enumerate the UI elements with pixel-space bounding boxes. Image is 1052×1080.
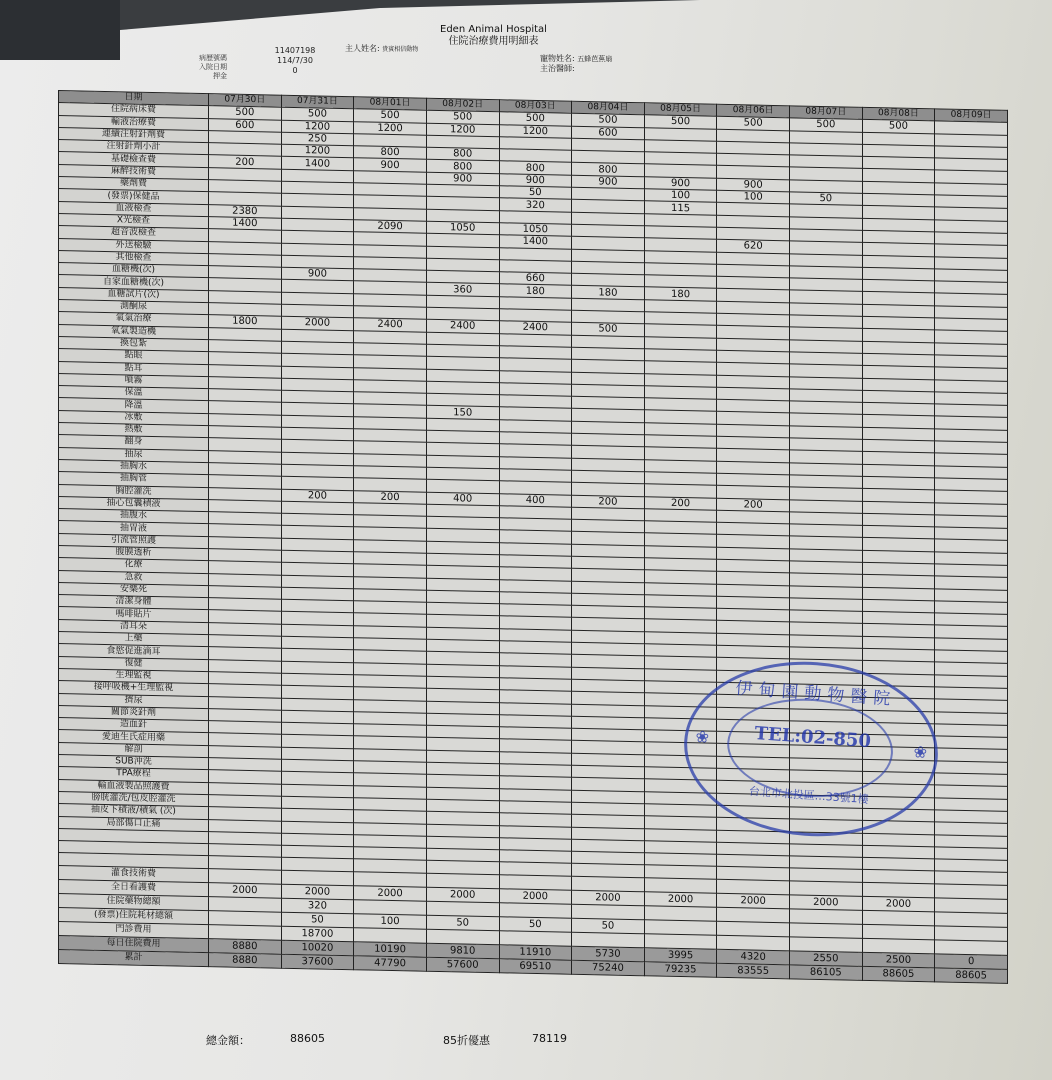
table-cell: [862, 924, 935, 940]
table-cell: [935, 940, 1008, 956]
table-cell: 2000: [499, 888, 572, 904]
discount-value: 78119: [532, 1032, 567, 1045]
discount-label: 85折優惠: [443, 1032, 490, 1048]
table-cell: 50: [499, 916, 572, 932]
table-cell: 2000: [790, 895, 863, 911]
table-cell: [935, 912, 1008, 928]
table-cell: 8880: [209, 952, 282, 968]
total-value: 88605: [290, 1032, 325, 1045]
background-surface: [0, 0, 120, 60]
table-cell: [426, 929, 499, 945]
table-cell: [354, 871, 427, 887]
table-cell: 2000: [717, 893, 790, 909]
row-label: 累計: [59, 949, 209, 966]
table-cell: 57600: [426, 957, 499, 973]
meta-labels: 病歷號碼 入院日期 押金: [175, 54, 227, 81]
table-cell: [426, 901, 499, 917]
table-cell: [644, 905, 717, 921]
table-cell: [790, 923, 863, 939]
table-cell: [935, 898, 1008, 914]
table-cell: 47790: [354, 955, 427, 971]
table-cell: [499, 874, 572, 890]
meta-values: 11407198 114/7/30 0: [265, 46, 325, 76]
table-cell: 2550: [790, 951, 863, 967]
table-cell: [499, 902, 572, 918]
table-cell: 2000: [426, 887, 499, 903]
table-cell: [209, 910, 282, 926]
table-cell: 2000: [862, 896, 935, 912]
table-cell: 2000: [281, 884, 354, 900]
table-cell: 0: [935, 954, 1008, 970]
table-cell: 2500: [862, 952, 935, 968]
table-cell: 10190: [354, 941, 427, 957]
table-cell: 50: [426, 915, 499, 931]
table-cell: 4320: [717, 949, 790, 965]
table-cell: [572, 876, 645, 892]
table-cell: [717, 907, 790, 923]
table-cell: 18700: [281, 926, 354, 942]
table-cell: [862, 882, 935, 898]
table-cell: [209, 868, 282, 884]
table-cell: [644, 933, 717, 949]
table-cell: 100: [354, 913, 427, 929]
table-cell: [354, 899, 427, 915]
total-label: 總金額：: [206, 1032, 250, 1048]
table-cell: 2000: [209, 882, 282, 898]
flower-icon: ❀: [913, 742, 928, 762]
record-no: 11407198: [265, 46, 325, 56]
table-cell: 320: [281, 898, 354, 914]
table-cell: [209, 924, 282, 940]
table-cell: [790, 937, 863, 953]
table-cell: [209, 896, 282, 912]
table-cell: 2000: [644, 891, 717, 907]
table-cell: 37600: [281, 954, 354, 970]
table-cell: [935, 884, 1008, 900]
table-cell: 83555: [717, 963, 790, 979]
table-cell: [644, 919, 717, 935]
table-cell: [862, 938, 935, 954]
admit-date-label: 入院日期: [175, 63, 227, 72]
table-cell: [717, 921, 790, 937]
flower-icon: ❀: [695, 727, 710, 747]
table-cell: [499, 930, 572, 946]
table-cell: 79235: [644, 961, 717, 977]
table-cell: [354, 927, 427, 943]
hospital-name: Eden Animal Hospital: [440, 24, 547, 36]
table-cell: [717, 879, 790, 895]
owner-value: 貴賓相信動物: [382, 46, 418, 53]
table-cell: [717, 935, 790, 951]
table-cell: [426, 873, 499, 889]
table-cell: [644, 877, 717, 893]
table-cell: [935, 926, 1008, 942]
table-cell: 69510: [499, 958, 572, 974]
deposit: 0: [265, 66, 325, 76]
owner-field: 主人姓名: 貴賓相信動物: [345, 43, 418, 54]
table-cell: 88605: [862, 966, 935, 982]
owner-label: 主人姓名:: [345, 44, 380, 53]
table-cell: 5730: [572, 946, 645, 962]
doctor-field: 主治醫師:: [540, 63, 575, 74]
table-cell: [790, 909, 863, 925]
table-cell: [572, 904, 645, 920]
table-cell: [790, 881, 863, 897]
table-cell: [572, 932, 645, 948]
doctor-label: 主治醫師:: [540, 64, 575, 73]
document-header: Eden Animal Hospital 住院治療費用明細表: [440, 24, 547, 48]
table-cell: [862, 910, 935, 926]
table-cell: 50: [281, 912, 354, 928]
deposit-label: 押金: [175, 72, 227, 81]
admit-date: 114/7/30: [265, 56, 325, 66]
table-cell: [281, 870, 354, 886]
pet-value: 五蜂芭蕉扇: [577, 55, 612, 63]
table-cell: 10020: [281, 940, 354, 956]
table-cell: 2000: [572, 890, 645, 906]
table-cell: 3995: [644, 947, 717, 963]
pet-label: 寵物姓名:: [540, 54, 575, 63]
table-cell: 11910: [499, 944, 572, 960]
table-cell: 9810: [426, 943, 499, 959]
table-cell: 86105: [790, 965, 863, 981]
form-title: 住院治療費用明細表: [440, 36, 547, 48]
table-cell: 8880: [209, 938, 282, 954]
table-cell: 2000: [354, 885, 427, 901]
table-cell: 75240: [572, 960, 645, 976]
billing-table: 日期07月30日07月31日08月01日08月02日08月03日08月04日08…: [58, 90, 1008, 984]
table-cell: 50: [572, 918, 645, 934]
table-cell: 88605: [935, 968, 1008, 984]
record-no-label: 病歷號碼: [175, 54, 227, 63]
